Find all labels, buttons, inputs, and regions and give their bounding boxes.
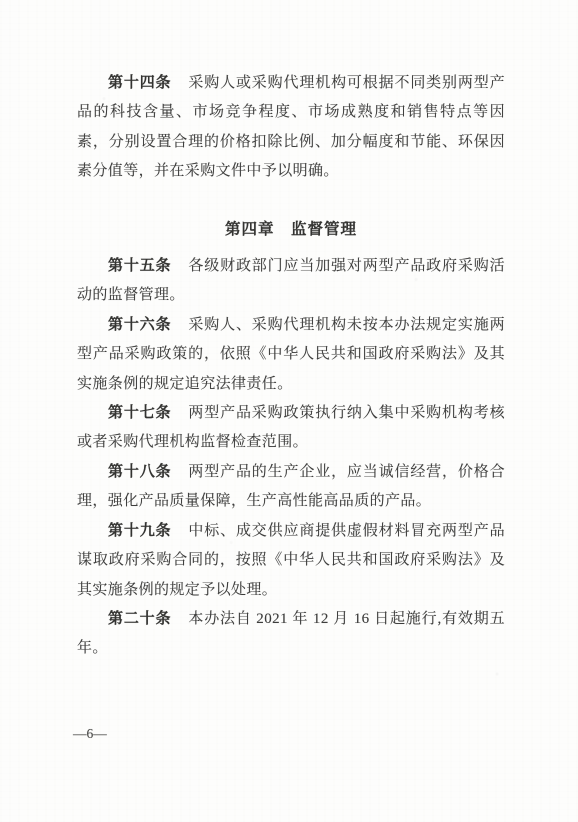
article-paragraph-16: 第十六条采购人、采购代理机构未按本办法规定实施两型产品采购政策的，依照《中华人民… <box>77 311 505 399</box>
article-term: 第十七条 <box>108 405 171 421</box>
article-term: 第十六条 <box>108 317 171 333</box>
article-term: 第十八条 <box>108 464 171 480</box>
article-paragraph-14: 第十四条采购人或采购代理机构可根据不同类别两型产品的科技含量、市场竞争程度、市场… <box>77 69 505 187</box>
document-body: 第十四条采购人或采购代理机构可根据不同类别两型产品的科技含量、市场竞争程度、市场… <box>77 69 505 664</box>
article-term: 第二十条 <box>108 611 171 627</box>
article-term: 第十四条 <box>108 75 171 91</box>
scanned-document-page: 第十四条采购人或采购代理机构可根据不同类别两型产品的科技含量、市场竞争程度、市场… <box>0 0 578 822</box>
article-paragraph-15: 第十五条各级财政部门应当加强对两型产品政府采购活动的监督管理。 <box>77 252 505 311</box>
page-number: —6— <box>73 724 107 744</box>
article-term: 第十五条 <box>108 258 171 274</box>
article-paragraph-18: 第十八条两型产品的生产企业，应当诚信经营，价格合理，强化产品质量保障，生产高性能… <box>77 458 505 517</box>
article-paragraph-17: 第十七条两型产品采购政策执行纳入集中采购机构考核或者采购代理机构监督检查范围。 <box>77 399 505 458</box>
article-term: 第十九条 <box>108 523 171 539</box>
article-paragraph-19: 第十九条中标、成交供应商提供虚假材料冒充两型产品谋取政府采购合同的，按照《中华人… <box>77 517 505 605</box>
chapter-heading: 第四章 监督管理 <box>77 215 505 244</box>
article-paragraph-20: 第二十条本办法自 2021 年 12 月 16 日起施行,有效期五年。 <box>77 605 505 664</box>
